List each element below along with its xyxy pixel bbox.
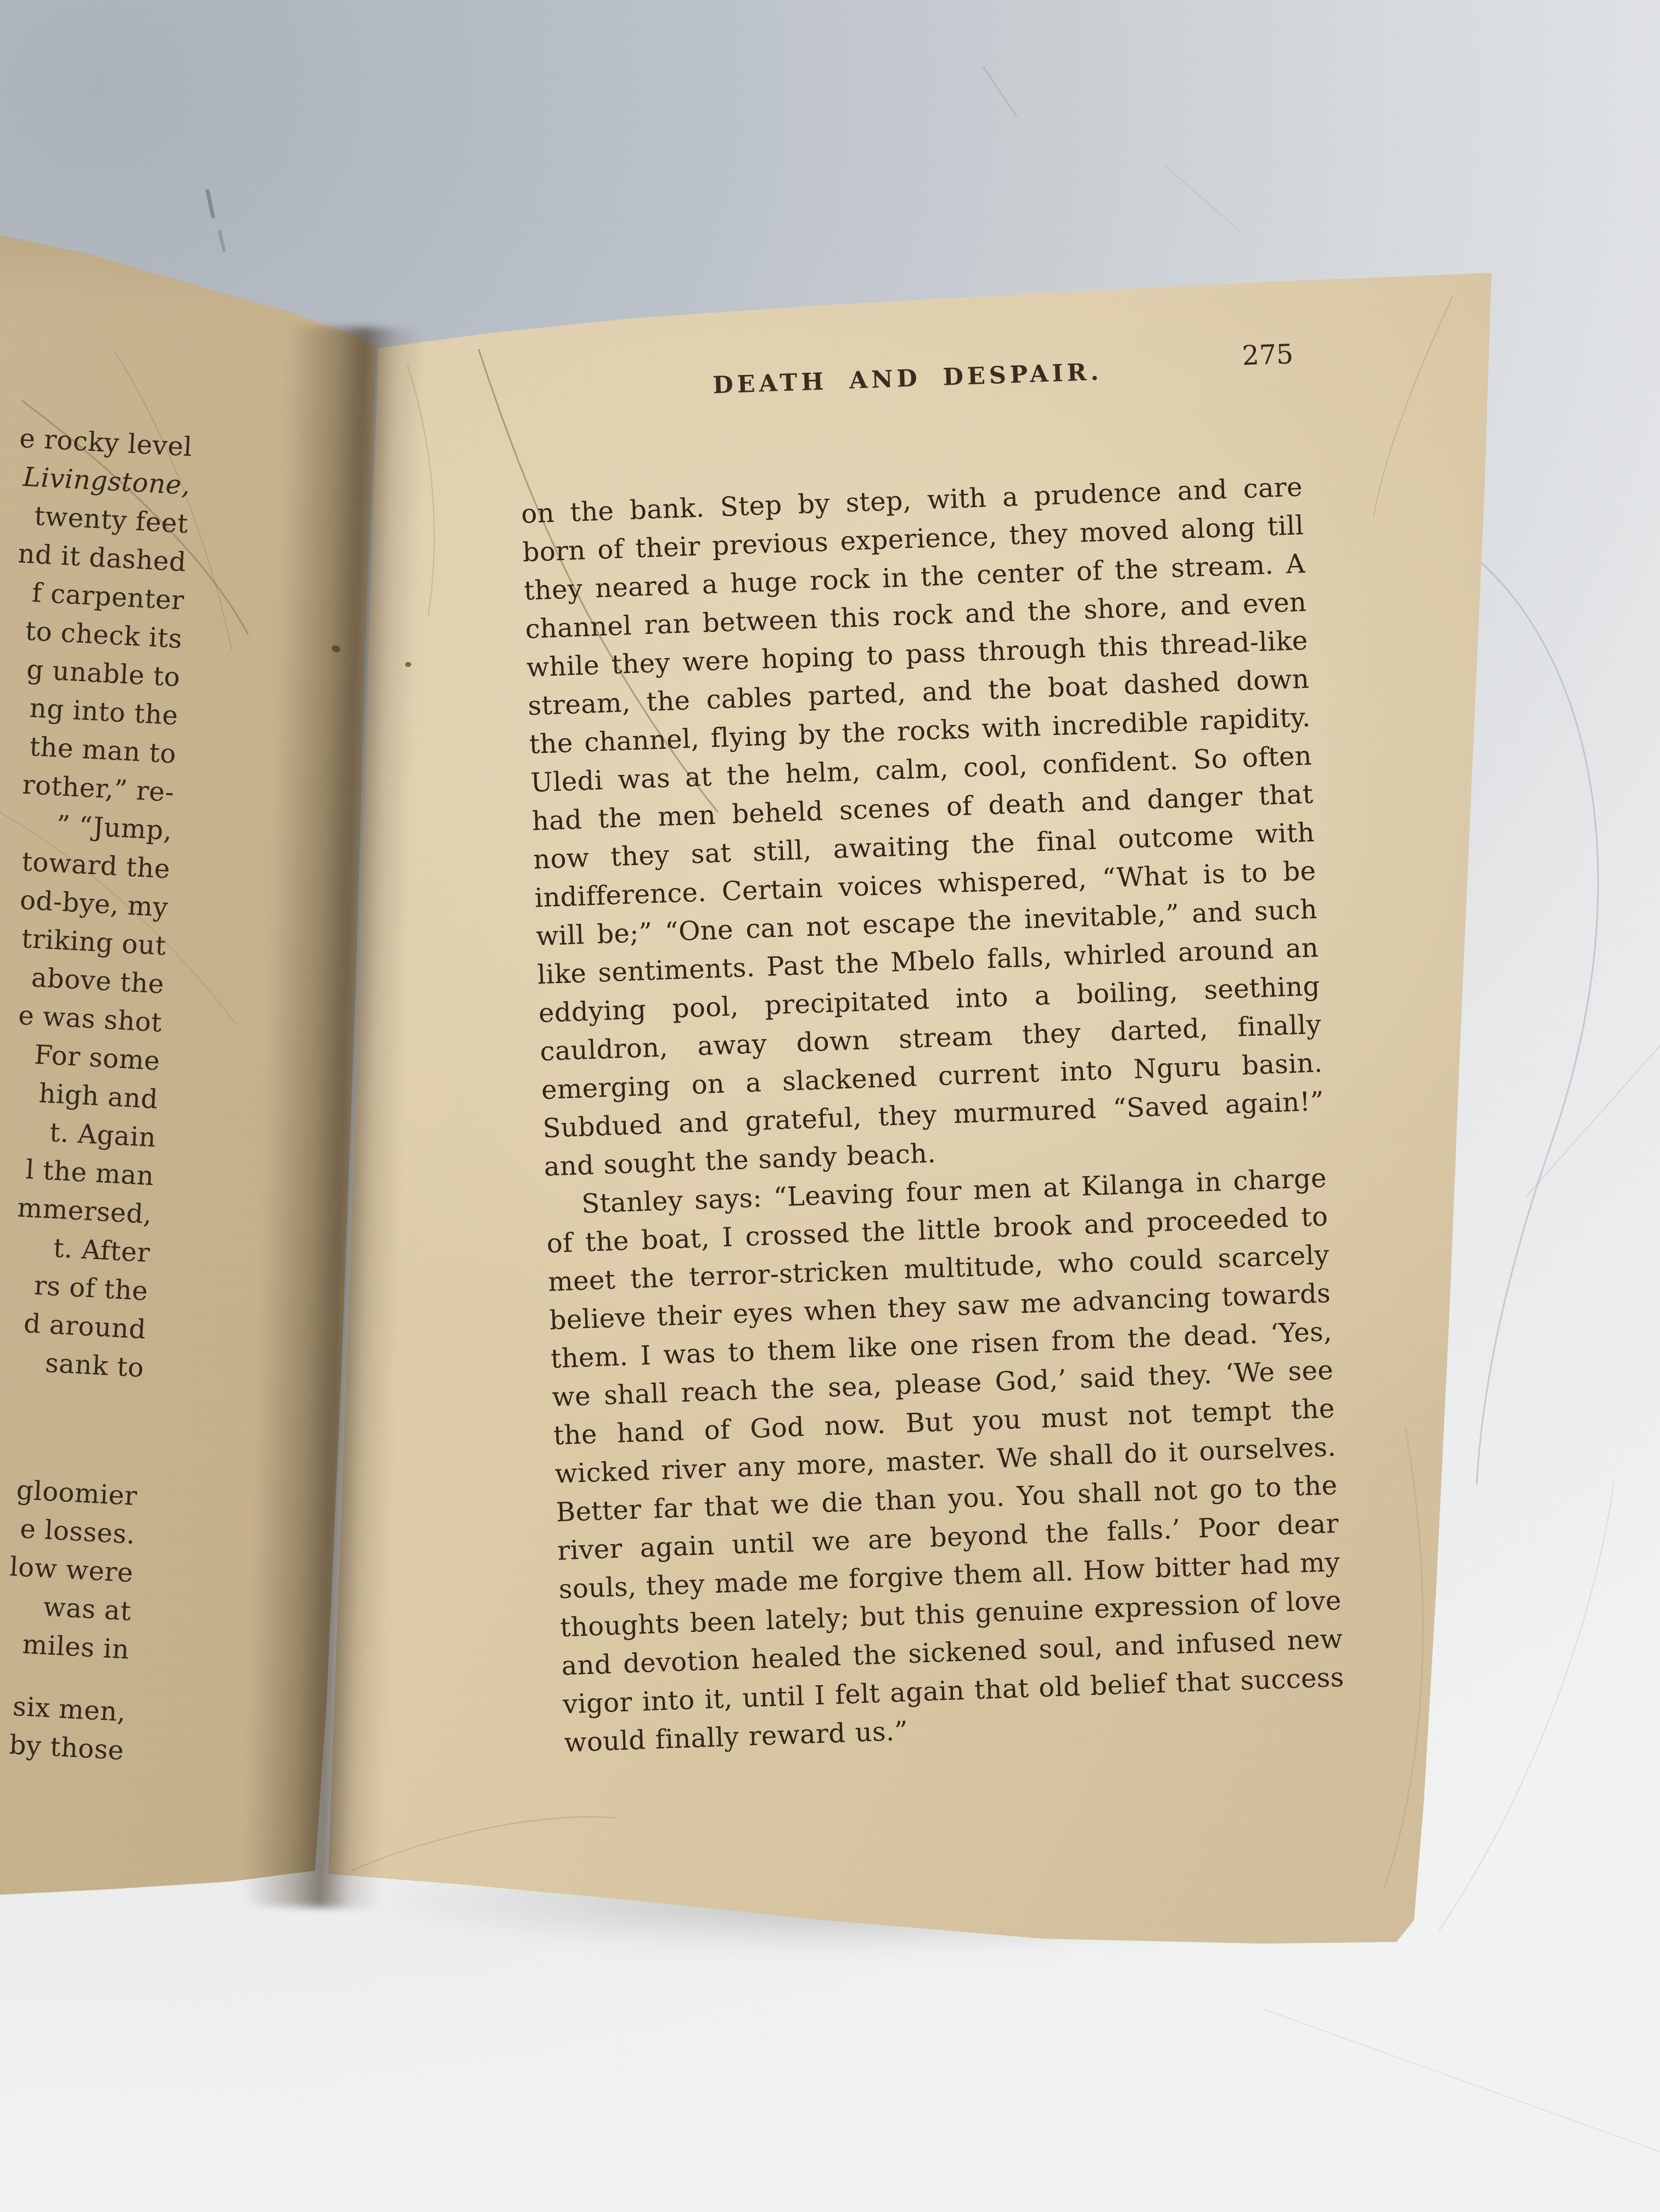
scratch-line: [1526, 1046, 1660, 1197]
scuff-mark: [220, 232, 224, 250]
scuff-mark: [207, 191, 213, 216]
scratch-line: [983, 66, 1017, 116]
body-paragraph: on the bank. Step by step, with a pruden…: [520, 468, 1326, 1186]
left-page-text-line: gloomier: [0, 1467, 138, 1515]
left-page-text-line: six men,: [0, 1683, 127, 1731]
right-page-content: DEATH AND DESPAIR. 275 on the bank. Step…: [516, 337, 1346, 1762]
scratch-line: [1164, 165, 1242, 233]
book-photo-scene: e rocky levelLivingstone,twenty feetnd i…: [0, 0, 1660, 2212]
body-paragraph: Stanley says: “Leaving four men at Kilan…: [545, 1159, 1346, 1762]
page-body-text: on the bank. Step by step, with a pruden…: [520, 468, 1346, 1762]
page-number: 275: [1242, 339, 1294, 372]
scratch-line: [1263, 2009, 1660, 2152]
